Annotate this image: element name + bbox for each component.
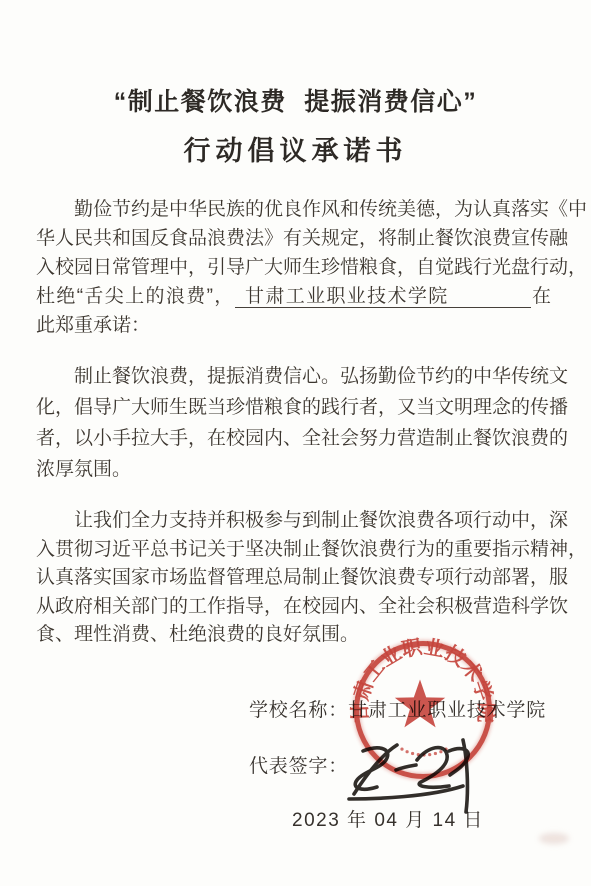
text-line: 制止餐饮浪费，提振消费信心。弘扬勤俭节约的中华传统文	[36, 361, 551, 392]
text-line: 认真落实国家市场监督管理总局制止餐饮浪费专项行动部署，服	[36, 564, 551, 593]
representative-signature-handwriting	[330, 728, 490, 823]
document-title-line2: 行动倡议承诺书	[0, 129, 591, 168]
text-line: 华人民共和国反食品浪费法》有关规定，将制止餐饮浪费宣传融	[36, 224, 551, 253]
text-line: 让我们全力支持并积极参与到制止餐饮浪费各项行动中，深	[36, 507, 551, 536]
school-name-blank: 甘肃工业职业技术学院	[235, 286, 531, 308]
text-line: 浓厚氛围。	[36, 454, 551, 485]
text-line: 勤俭节约是中华民族的优良作风和传统美德，为认真落实《中	[36, 195, 551, 224]
star-icon	[395, 680, 445, 728]
blank-prefix-text: 杜绝“舌尖上的浪费”，	[36, 286, 235, 307]
text-line: 入贯彻习近平总书记关于坚决制止餐饮浪费行为的重要指示精神，	[36, 536, 551, 565]
document-body: 勤俭节约是中华民族的优良作风和传统美德，为认真落实《中 华人民共和国反食品浪费法…	[36, 195, 551, 650]
scan-smudge	[539, 833, 569, 844]
document-page: “制止餐饮浪费 提振消费信心” 行动倡议承诺书 勤俭节约是中华民族的优良作风和传…	[0, 0, 591, 886]
text-line: 者，以小手拉大手，在校园内、全社会努力营造制止餐饮浪费的	[36, 423, 551, 454]
blank-suffix-text: 在	[531, 286, 551, 307]
text-line-with-blank: 杜绝“舌尖上的浪费”，甘肃工业职业技术学院在	[36, 282, 551, 311]
document-title-line1: “制止餐饮浪费 提振消费信心”	[0, 82, 591, 118]
text-line: 化，倡导广大师生既当珍惜粮食的践行者，又当文明理念的传播	[36, 392, 551, 423]
paragraph-pledge: 制止餐饮浪费，提振消费信心。弘扬勤俭节约的中华传统文 化，倡导广大师生既当珍惜粮…	[36, 361, 551, 485]
paragraph-opening: 勤俭节约是中华民族的优良作风和传统美德，为认真落实《中 华人民共和国反食品浪费法…	[36, 195, 551, 340]
text-line: 此郑重承诺：	[36, 311, 551, 340]
text-line: 入校园日常管理中，引导广大师生珍惜粮食，自觉践行光盘行动，	[36, 253, 551, 282]
school-name-blank-value: 甘肃工业职业技术学院	[244, 286, 449, 307]
signature-strokes	[349, 740, 468, 812]
